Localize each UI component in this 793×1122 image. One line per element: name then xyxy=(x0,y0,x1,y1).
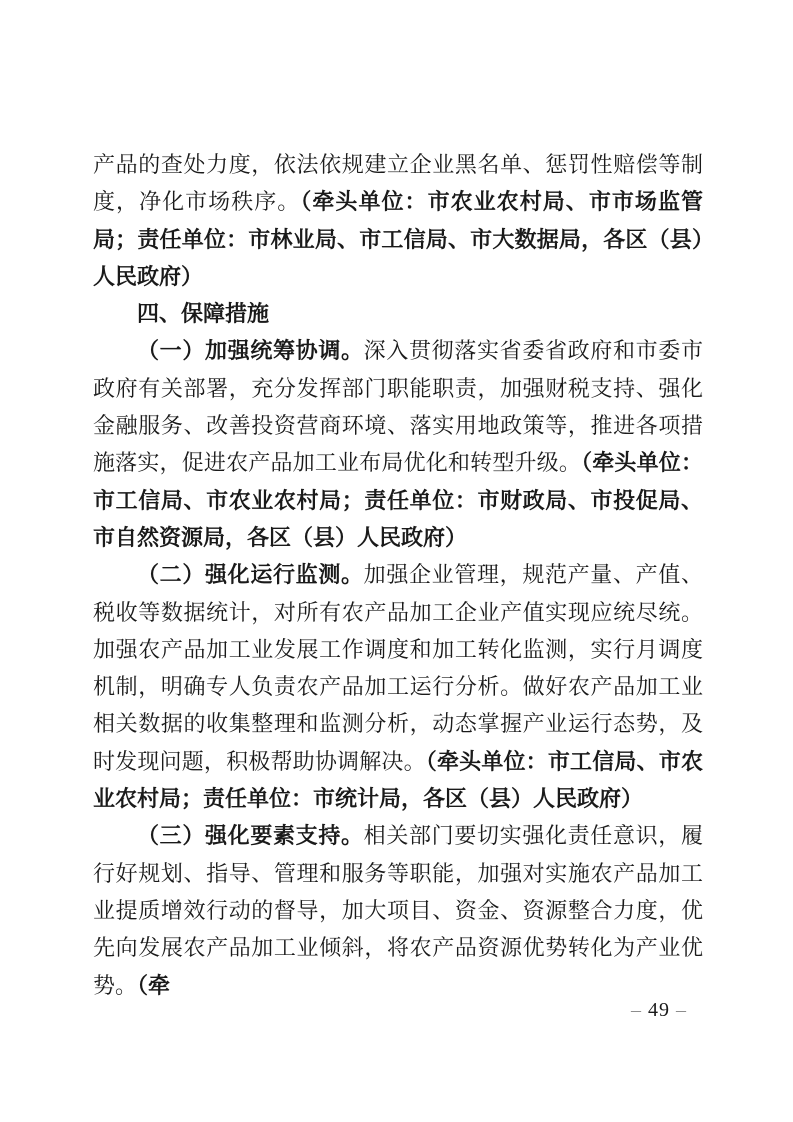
paragraph-item-2-body-text: 加强企业管理，规范产量、产值、税收等数据统计，对所有农产品加工企业产值实现应统尽… xyxy=(93,562,703,773)
paragraph-item-3-body-text: 相关部门要切实强化责任意识，履行好规划、指导、管理和服务等职能，加强对实施农产品… xyxy=(93,823,703,997)
paragraph-item-1-lead-text: （一）加强统筹协调。 xyxy=(137,338,364,363)
paragraph-item-3-lead-text: （三）强化要素支持。 xyxy=(137,823,364,848)
paragraph-item-3-units-text: （牵 xyxy=(137,973,170,998)
paragraph-continuation: 产品的查处力度，依法依规建立企业黑名单、惩罚性赔偿等制度，净化市场秩序。（牵头单… xyxy=(93,146,703,295)
section-heading: 四、保障措施 xyxy=(93,295,703,332)
page-number: –49– xyxy=(625,999,693,1022)
page-number-right-dash: – xyxy=(670,999,693,1021)
paragraph-item-2: （二）强化运行监测。加强企业管理，规范产量、产值、税收等数据统计，对所有农产品加… xyxy=(93,556,703,817)
page-number-left-dash: – xyxy=(625,999,648,1021)
page-number-value: 49 xyxy=(648,999,670,1021)
document-page: 产品的查处力度，依法依规建立企业黑名单、惩罚性赔偿等制度，净化市场秩序。（牵头单… xyxy=(0,0,793,1122)
paragraph-item-1: （一）加强统筹协调。深入贯彻落实省委省政府和市委市政府有关部署，充分发挥部门职能… xyxy=(93,332,703,556)
paragraph-item-3: （三）强化要素支持。相关部门要切实强化责任意识，履行好规划、指导、管理和服务等职… xyxy=(93,817,703,1003)
section-heading-text: 四、保障措施 xyxy=(137,301,269,326)
paragraph-item-2-lead-text: （二）强化运行监测。 xyxy=(137,562,364,587)
document-body: 产品的查处力度，依法依规建立企业黑名单、惩罚性赔偿等制度，净化市场秩序。（牵头单… xyxy=(93,146,703,1004)
